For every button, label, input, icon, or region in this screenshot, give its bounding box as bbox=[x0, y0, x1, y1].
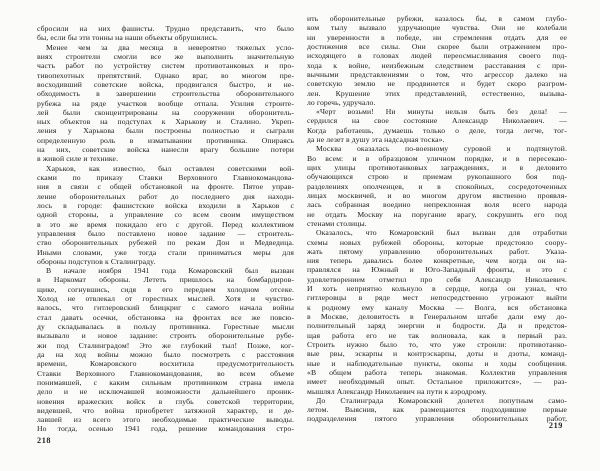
text-line: вычными представлениями о том, что агрес… bbox=[307, 70, 567, 79]
text-line: в Москве, деловитость в Генеральном штаб… bbox=[307, 312, 567, 321]
text-line: часть работ по устройству систем противо… bbox=[37, 61, 294, 70]
text-line: Холод не отвлекал от горестных мыслей. Х… bbox=[37, 294, 294, 303]
text-line: исходящего в головах людей переосмыслива… bbox=[307, 51, 567, 60]
text-line: советскую землю не продвинется и будет с… bbox=[307, 79, 567, 88]
page-number-left: 218 bbox=[37, 436, 51, 445]
text-line: щая работа его не так волновала, как в п… bbox=[307, 331, 567, 340]
text-line: хода к войне, неизбежным следствием расс… bbox=[307, 61, 567, 70]
text-line: «Черт возьми! Ни минуты нельзя быть без … bbox=[307, 107, 567, 116]
text-line: да не лезет в душу эта надсадная тоска». bbox=[307, 135, 567, 144]
text-line: сбросили на них фашисты. Трудно представ… bbox=[37, 24, 294, 33]
right-page: ить оборонительные рубежи, казалось бы, … bbox=[307, 14, 567, 424]
text-line: стенами столицы. bbox=[307, 219, 567, 228]
text-line: полнительный заряд энергии и бодрости. Д… bbox=[307, 321, 567, 330]
text-line: «В общем работа теперь знакомая. Коллект… bbox=[307, 368, 567, 377]
left-page: сбросили на них фашисты. Трудно представ… bbox=[37, 24, 294, 434]
text-line: к родному ему каналу Москва — Волга, вся… bbox=[307, 303, 567, 312]
text-line: ных объектов на подступах к Харькову и С… bbox=[37, 117, 294, 126]
text-line: Москва оказалась по-военному суровой и п… bbox=[307, 144, 567, 153]
text-line: ление оборонительных работ до последнего… bbox=[37, 192, 294, 201]
text-line: определенную роль в изматывании противни… bbox=[37, 136, 294, 145]
text-line: ные и наблюдательные пункты, окопы и ход… bbox=[307, 359, 567, 368]
text-line: летом. Выяснив, как размещаются подходив… bbox=[307, 405, 567, 414]
page-number-right: 219 bbox=[307, 421, 563, 430]
text-line: гитлеровцы в ряде мест непосредственно у… bbox=[307, 293, 567, 302]
text-line: сердился на свое состояние Александр Ник… bbox=[307, 116, 567, 125]
text-line: лицах москвичей, и во многом другом явст… bbox=[307, 191, 567, 200]
text-line: В начале ноября 1941 года Комаровский бы… bbox=[37, 266, 294, 275]
text-line: Харьков, как известно, был оставлен сове… bbox=[37, 164, 294, 173]
text-line: бы, если бы эти тонны на наши объекты об… bbox=[37, 33, 294, 42]
text-line: жи под Сталинградом! Это же глубокий тыл… bbox=[37, 341, 294, 350]
text-line: видевшей, что война приобретет затяжной … bbox=[37, 406, 294, 415]
text-line: щике, согнувшись, сидя в его переднем хо… bbox=[37, 285, 294, 294]
text-line: лен. Крушение этих представлений, естест… bbox=[307, 89, 567, 98]
text-line: новения вражеских войск в глубь советско… bbox=[37, 397, 294, 406]
text-line: в живой силе и технике. bbox=[37, 154, 294, 163]
text-line: жать пятому управлению оборонительных ра… bbox=[307, 247, 567, 256]
text-line: в Наркомат обороны. Лететь пришлось на б… bbox=[37, 275, 294, 284]
text-line: имеет необходимый опыт. Остальное прилож… bbox=[307, 377, 567, 386]
text-line: правлялся на Южный и Юго-Западный фронты… bbox=[307, 265, 567, 274]
text-line: Оказалось, что Комаровский был вызван дл… bbox=[307, 228, 567, 237]
text-line: Во всем: и в образцовом уличном порядке,… bbox=[307, 154, 567, 163]
text-line: одной стороны, а управление со всем свои… bbox=[37, 210, 294, 219]
text-line: ния теперь давались более конкретные, че… bbox=[307, 256, 567, 265]
text-line: Менее чем за два месяца в невероятно тяж… bbox=[37, 43, 294, 52]
text-line: удовлетворением отметил про себя Алексан… bbox=[307, 275, 567, 284]
text-line: да на ход войны можно было посмотреть с … bbox=[37, 350, 294, 359]
text-line: ком тылу вызвало удручающие чувства. Они… bbox=[307, 23, 567, 32]
text-line: ство оборонительных рубежей по рекам Дон… bbox=[37, 238, 294, 247]
text-line: ить оборонительные рубежи, казалось бы, … bbox=[307, 14, 567, 23]
text-line: обороны подступов к Сталинграду. bbox=[37, 257, 294, 266]
text-line: обходимость в завершении строительства о… bbox=[37, 89, 294, 98]
text-line: ни уверенности в победе, ни стремления о… bbox=[307, 33, 567, 42]
text-line: достижения все силы. Они скорее были отр… bbox=[307, 42, 567, 51]
text-line: стал давать осечки, обстановка на фронта… bbox=[37, 313, 294, 322]
text-line: в это же время покидало его с другой. Пе… bbox=[37, 220, 294, 229]
text-line: ду складывалась в пользу противника. Гор… bbox=[37, 322, 294, 331]
text-line: сками по приказу Ставки Верховного Главн… bbox=[37, 173, 294, 182]
text-line: вызывало и новое задание: строить оборон… bbox=[37, 331, 294, 340]
text-line: ло горечь, удручало. bbox=[307, 98, 567, 107]
text-line: Когда работаешь, думаешь только о деле, … bbox=[307, 126, 567, 135]
text-line: ния в связи с общей обстановкой на фронт… bbox=[37, 182, 294, 191]
text-line: До Сталинграда Комаровский долетел попут… bbox=[307, 396, 567, 405]
text-line: рубежа на ряде участков вообще отпала. У… bbox=[37, 99, 294, 108]
text-line: вые рвы, эскарпы и контрэскарпы, доты и … bbox=[307, 349, 567, 358]
text-line: обучающихся строю и приемам рукопашного … bbox=[307, 172, 567, 181]
text-line: лей были сконцентрированы на сооружении … bbox=[37, 108, 294, 117]
text-line: восходивший советские войска, продвигалс… bbox=[37, 80, 294, 89]
text-line: ления у Харькова были построены полность… bbox=[37, 126, 294, 135]
text-line: виях строители смогли все же выполнить з… bbox=[37, 52, 294, 61]
text-line: Строить нужно было то, что уже строили: … bbox=[307, 340, 567, 349]
text-line: управления было поставлено новое задание… bbox=[37, 229, 294, 238]
text-line: И хоть неприятно кольнуло в сердце, когд… bbox=[307, 284, 567, 293]
text-line: валось, что гитлеровский блицкриг с само… bbox=[37, 303, 294, 312]
text-line: не отдать Москву на поругание врагу, сок… bbox=[307, 210, 567, 219]
text-line: Но тогда, осенью 1941 года, решение кома… bbox=[37, 424, 294, 433]
text-line: на них, советские войска нанесли врагу б… bbox=[37, 145, 294, 154]
text-line: понимавшей, с каким сильным противником … bbox=[37, 378, 294, 387]
text-line: щих улицы противотанковых заграждениях, … bbox=[307, 163, 567, 172]
text-line: Ставки Верховного Главнокомандования, во… bbox=[37, 369, 294, 378]
text-line: дело и не исключавшей возможности дальне… bbox=[37, 387, 294, 396]
text-line: разделениях ополченцев, и в спокойных, с… bbox=[307, 182, 567, 191]
text-line: лось в городе: фашистские войска входили… bbox=[37, 201, 294, 210]
text-line: лавшей из всего этого необходимые практи… bbox=[37, 415, 294, 424]
text-line: Иными словами, уже тогда стали принимать… bbox=[37, 248, 294, 257]
text-line: лась собранная воедино непреклонная воля… bbox=[307, 200, 567, 209]
text-line: тивопехотных препятствий. Однако враг, в… bbox=[37, 71, 294, 80]
text-line: схемы новых рубежей обороны, которые пре… bbox=[307, 238, 567, 247]
text-line: мышлял Александр Николаевич на пути к аэ… bbox=[307, 387, 567, 396]
text-line: времени, Комаровского восхитила предусмо… bbox=[37, 359, 294, 368]
